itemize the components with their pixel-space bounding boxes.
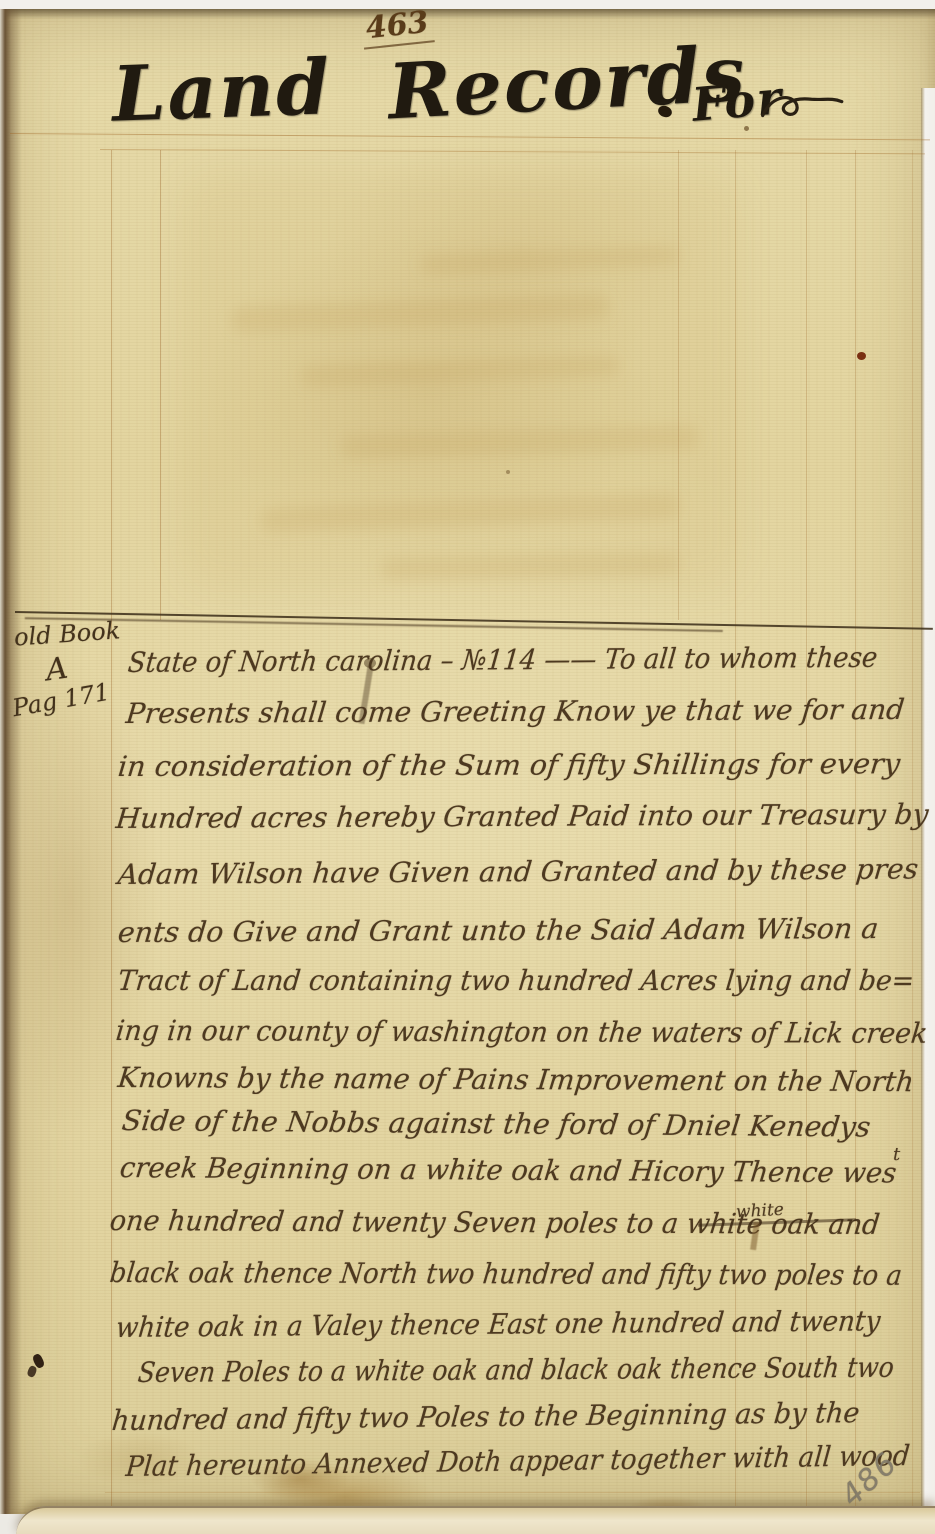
- column-rule-line: [678, 150, 679, 620]
- deed-line: Knowns by the name of Pains Improvement …: [115, 1055, 916, 1105]
- fox-spot: [506, 470, 510, 474]
- deed-line: Tract of Land containing two hundred Acr…: [116, 958, 917, 1004]
- deed-line: Seven Poles to a white oak and black oak…: [136, 1345, 896, 1396]
- binding-edge-left: [0, 9, 22, 1514]
- deed-line: Hundred acres hereby Granted Paid into o…: [114, 792, 931, 842]
- deed-line: black oak thence North two hundred and f…: [108, 1250, 905, 1299]
- deed-line: State of North carolina – №114 —— To all…: [126, 635, 880, 686]
- margin-note-line2: A: [44, 651, 70, 689]
- deed-line: in consideration of the Sum of fifty Shi…: [116, 741, 903, 790]
- ledger-page-scan: { "document": { "page_number": "463", "f…: [0, 0, 935, 1534]
- fox-spot: [744, 126, 749, 131]
- deed-line: Presents shall come Greeting Know ye tha…: [124, 687, 907, 737]
- deed-line: ents do Give and Grant unto the Said Ada…: [116, 906, 881, 956]
- scan-edge-top: [0, 0, 935, 9]
- deed-line: Side of the Nobbs against the ford of Dn…: [119, 1098, 873, 1150]
- deed-line: Adam Wilson have Given and Granted and b…: [116, 846, 921, 898]
- margin-rule-line-2: [160, 150, 161, 620]
- deed-line: creek Beginning on a white oak and Hicor…: [117, 1145, 899, 1196]
- margin-rule-line: [111, 150, 112, 1506]
- footer-rule-line: [105, 1492, 920, 1493]
- page-bottom-curl: [16, 1506, 935, 1534]
- inserted-word-correction: white: [736, 1200, 785, 1222]
- header-word-land: Land: [111, 42, 333, 139]
- superscript-correction: t: [893, 1144, 900, 1165]
- rust-spot: [857, 352, 866, 360]
- page-number: 463: [360, 4, 434, 49]
- deed-line: ing in our county of washington on the w…: [114, 1008, 930, 1057]
- ink-blot: [364, 658, 376, 668]
- deed-line: white oak in a Valey thence East one hun…: [114, 1298, 883, 1351]
- page-top-shadow: [0, 9, 935, 19]
